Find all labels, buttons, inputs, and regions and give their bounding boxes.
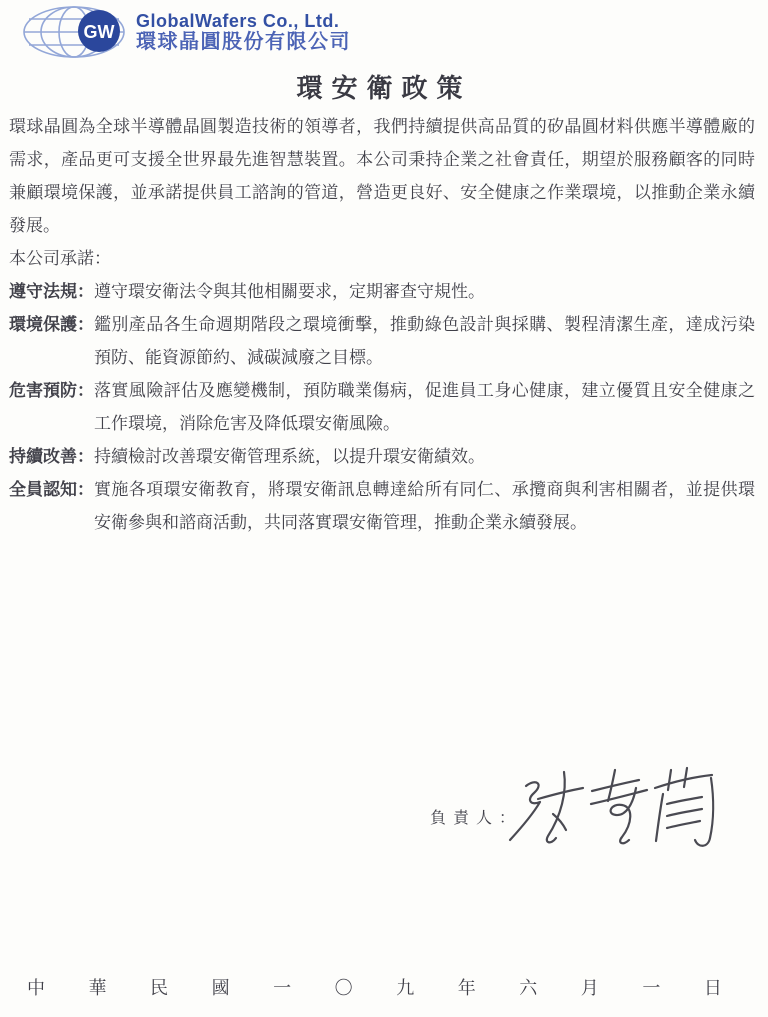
company-logo: GW GlobalWafers Co., Ltd. 環球晶圓股份有限公司 [22,5,351,59]
gw-monogram: GW [84,22,115,42]
date-char: 六 [519,974,537,1000]
intro-paragraph: 環球晶圓為全球半導體晶圓製造技術的領導者，我們持續提供高品質的矽晶圓材料供應半導… [9,111,755,243]
globe-gw-logo-icon: GW [22,5,130,59]
company-name-chinese: 環球晶圓股份有限公司 [136,31,351,53]
policy-text: 實施各項環安衛教育，將環安衛訊息轉達給所有同仁、承攬商與利害相關者，並提供環安衛… [94,474,755,540]
policy-document-page: GW GlobalWafers Co., Ltd. 環球晶圓股份有限公司 環安衛… [0,0,768,1017]
policy-item-awareness: 全員認知： 實施各項環安衛教育，將環安衛訊息轉達給所有同仁、承攬商與利害相關者，… [9,474,755,540]
policy-label: 全員認知： [9,474,94,540]
company-name-english: GlobalWafers Co., Ltd. [136,11,351,31]
date-char: 華 [89,974,107,1000]
policy-label: 危害預防： [9,375,94,441]
commitment-intro: 本公司承諾： [9,243,755,276]
policy-item-continuous-improvement: 持續改善： 持續檢討改善環安衛管理系統，以提升環安衛績效。 [9,441,755,474]
date-char: 中 [27,974,45,1000]
policy-text: 鑑別產品各生命週期階段之環境衝擊，推動綠色設計與採購、製程清潔生產，達成污染預防… [94,309,755,375]
date-char: 月 [581,974,599,1000]
date-char: 民 [150,974,168,1000]
date-char: 國 [212,974,230,1000]
company-name-block: GlobalWafers Co., Ltd. 環球晶圓股份有限公司 [136,11,351,54]
document-date: 中 華 民 國 一 〇 九 年 六 月 一 日 [27,974,722,1000]
signer-name: 徐秀蘭 [0,0,1,1]
date-char: 日 [704,974,722,1000]
policy-label: 遵守法規： [9,276,94,309]
policy-item-hazard-prevention: 危害預防： 落實風險評估及應變機制，預防職業傷病，促進員工身心健康，建立優質且安… [9,375,755,441]
date-char: 〇 [335,974,353,1000]
date-char: 一 [273,974,291,1000]
document-title: 環安衛政策 [0,68,768,105]
policy-text: 持續檢討改善環安衛管理系統，以提升環安衛績效。 [94,441,755,474]
date-char: 九 [396,974,414,1000]
policy-text: 落實風險評估及應變機制，預防職業傷病，促進員工身心健康，建立優質且安全健康之工作… [94,375,755,441]
policy-text: 遵守環安衛法令與其他相關要求，定期審查守規性。 [94,276,755,309]
policy-label: 環境保護： [9,309,94,375]
date-char: 年 [458,974,476,1000]
document-body: 環球晶圓為全球半導體晶圓製造技術的領導者，我們持續提供高品質的矽晶圓材料供應半導… [9,111,755,540]
date-char: 一 [642,974,660,1000]
policy-item-compliance: 遵守法規： 遵守環安衛法令與其他相關要求，定期審查守規性。 [9,276,755,309]
policy-label: 持續改善： [9,441,94,474]
signature-handwriting [495,758,725,863]
policy-item-environment: 環境保護： 鑑別產品各生命週期階段之環境衝擊，推動綠色設計與採購、製程清潔生產，… [9,309,755,375]
